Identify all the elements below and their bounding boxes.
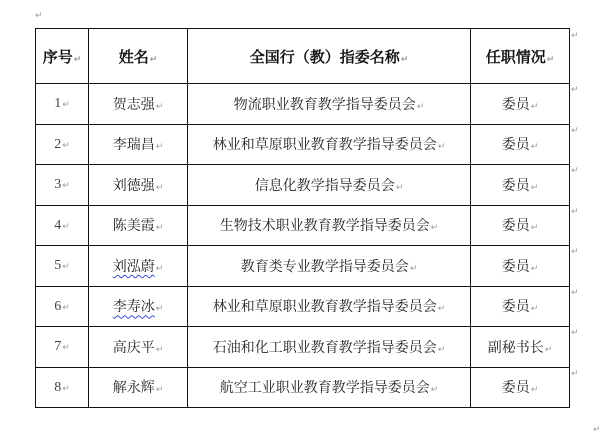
cell-no: 6↵ bbox=[36, 286, 89, 327]
cell-role: 副秘书长↵ bbox=[471, 327, 570, 368]
cell-name: 李瑞昌↵ bbox=[89, 124, 188, 165]
row-end-mark: ↵ bbox=[571, 289, 579, 298]
cell-name: 解永辉↵ bbox=[89, 367, 188, 408]
cell-name: 贺志强↵ bbox=[89, 84, 188, 125]
table-row: 6↵李寿冰↵林业和草原职业教育教学指导委员会↵委员↵ bbox=[36, 286, 570, 327]
row-end-mark: ↵ bbox=[571, 167, 579, 176]
table-row: 3↵刘德强↵信息化教学指导委员会↵委员↵ bbox=[36, 165, 570, 206]
cell-role: 委员↵ bbox=[471, 124, 570, 165]
table-row: 1↵贺志强↵物流职业教育教学指导委员会↵委员↵ bbox=[36, 84, 570, 125]
table-header-row: 序号↵ 姓名↵ 全国行（教）指委名称↵ 任职情况↵ bbox=[36, 29, 570, 84]
row-end-mark: ↵ bbox=[571, 370, 579, 379]
header-no: 序号↵ bbox=[36, 29, 89, 84]
cell-committee: 石油和化工职业教育教学指导委员会↵ bbox=[188, 327, 471, 368]
header-committee: 全国行（教）指委名称↵ bbox=[188, 29, 471, 84]
table-row: 2↵李瑞昌↵林业和草原职业教育教学指导委员会↵委员↵ bbox=[36, 124, 570, 165]
cell-name: 刘德强↵ bbox=[89, 165, 188, 206]
cell-role: 委员↵ bbox=[471, 165, 570, 206]
header-role: 任职情况↵ bbox=[471, 29, 570, 84]
cell-name: 高庆平↵ bbox=[89, 327, 188, 368]
committee-table: 序号↵ 姓名↵ 全国行（教）指委名称↵ 任职情况↵ 1↵贺志强↵物流职业教育教学… bbox=[35, 28, 570, 408]
row-end-mark: ↵ bbox=[571, 329, 579, 338]
cell-role: 委员↵ bbox=[471, 84, 570, 125]
header-name: 姓名↵ bbox=[89, 29, 188, 84]
cell-no: 4↵ bbox=[36, 205, 89, 246]
table-row: 5↵刘泓蔚↵教育类专业教学指导委员会↵委员↵ bbox=[36, 246, 570, 287]
cell-committee: 教育类专业教学指导委员会↵ bbox=[188, 246, 471, 287]
cell-no: 3↵ bbox=[36, 165, 89, 206]
cell-committee: 信息化教学指导委员会↵ bbox=[188, 165, 471, 206]
table-row: 7↵高庆平↵石油和化工职业教育教学指导委员会↵副秘书长↵ bbox=[36, 327, 570, 368]
cell-name: 陈美霞↵ bbox=[89, 205, 188, 246]
table-row: 4↵陈美霞↵生物技术职业教育教学指导委员会↵委员↵ bbox=[36, 205, 570, 246]
cell-no: 1↵ bbox=[36, 84, 89, 125]
table-row: 8↵解永辉↵航空工业职业教育教学指导委员会↵委员↵ bbox=[36, 367, 570, 408]
cell-committee: 生物技术职业教育教学指导委员会↵ bbox=[188, 205, 471, 246]
cell-name: 李寿冰↵ bbox=[89, 286, 188, 327]
cell-committee: 林业和草原职业教育教学指导委员会↵ bbox=[188, 286, 471, 327]
cell-committee: 物流职业教育教学指导委员会↵ bbox=[188, 84, 471, 125]
cell-role: 委员↵ bbox=[471, 367, 570, 408]
cell-role: 委员↵ bbox=[471, 246, 570, 287]
paragraph-mark-top: ↵ bbox=[35, 12, 43, 21]
cell-name: 刘泓蔚↵ bbox=[89, 246, 188, 287]
cell-committee: 林业和草原职业教育教学指导委员会↵ bbox=[188, 124, 471, 165]
cell-no: 2↵ bbox=[36, 124, 89, 165]
row-end-mark: ↵ bbox=[571, 248, 579, 257]
row-end-mark: ↵ bbox=[571, 86, 579, 95]
cell-role: 委员↵ bbox=[471, 205, 570, 246]
paragraph-mark-end: ↵ bbox=[593, 426, 601, 435]
cell-no: 5↵ bbox=[36, 246, 89, 287]
cell-no: 8↵ bbox=[36, 367, 89, 408]
row-end-mark: ↵ bbox=[571, 208, 579, 217]
row-end-mark: ↵ bbox=[571, 32, 579, 41]
cell-role: 委员↵ bbox=[471, 286, 570, 327]
cell-committee: 航空工业职业教育教学指导委员会↵ bbox=[188, 367, 471, 408]
cell-no: 7↵ bbox=[36, 327, 89, 368]
row-end-mark: ↵ bbox=[571, 127, 579, 136]
